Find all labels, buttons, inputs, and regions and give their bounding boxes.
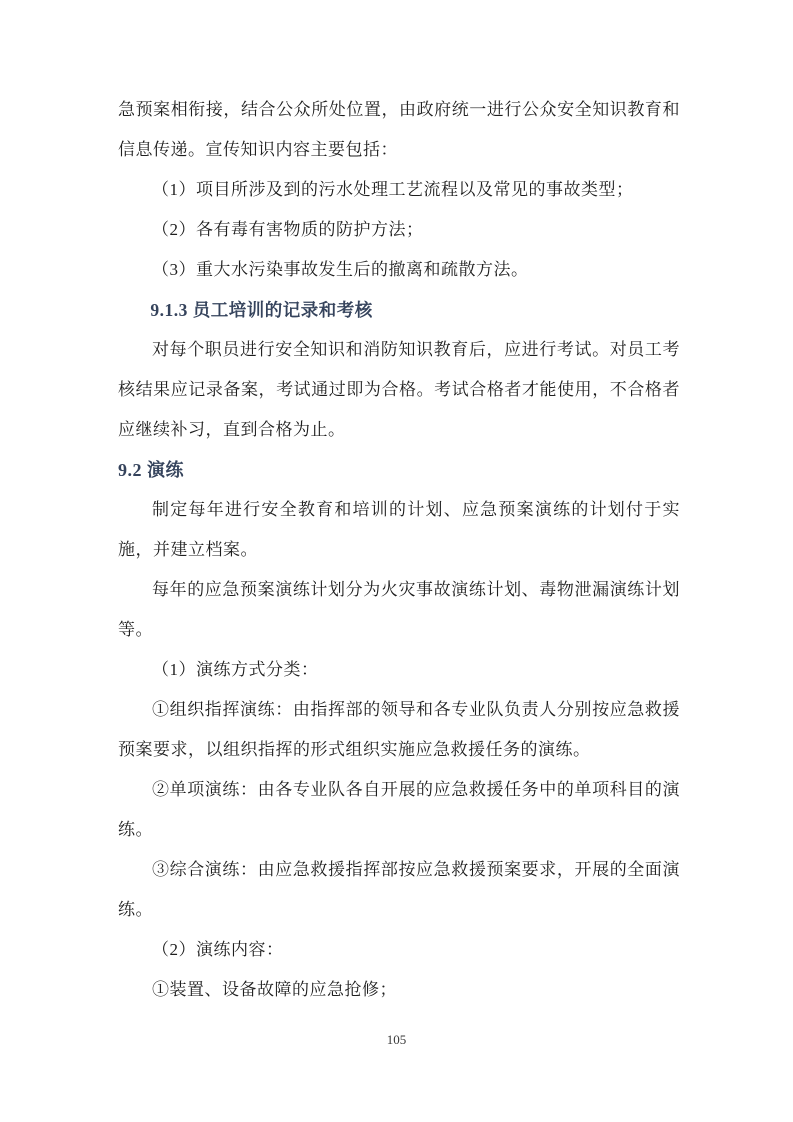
paragraph-drill-plan-types: 每年的应急预案演练计划分为火灾事故演练计划、毒物泄漏演练计划等。	[118, 570, 680, 650]
page-number: 105	[0, 1032, 793, 1048]
document-body: 急预案相衔接，结合公众所处位置，由政府统一进行公众安全知识教育和信息传递。宣传知…	[118, 90, 680, 1010]
heading-9-1-3-training-records: 9.1.3 员工培训的记录和考核	[118, 290, 680, 330]
list-item-circled-2-single-subject-drill: ②单项演练：由各专业队各自开展的应急救援任务中的单项科目的演练。	[118, 770, 680, 850]
paragraph-continuation-public-education: 急预案相衔接，结合公众所处位置，由政府统一进行公众安全知识教育和信息传递。宣传知…	[118, 90, 680, 170]
list-item-1-drill-classification: （1）演练方式分类：	[118, 650, 680, 690]
heading-9-2-drills: 9.2 演练	[118, 450, 680, 490]
document-page: 急预案相衔接，结合公众所处位置，由政府统一进行公众安全知识教育和信息传递。宣传知…	[0, 0, 793, 1122]
list-item-circled-1-command-drill: ①组织指挥演练：由指挥部的领导和各专业队负责人分别按应急救援预案要求，以组织指挥…	[118, 690, 680, 770]
paragraph-exam-requirements: 对每个职员进行安全知识和消防知识教育后，应进行考试。对员工考核结果应记录备案，考…	[118, 330, 680, 450]
list-item-1-process-accident-types: （1）项目所涉及到的污水处理工艺流程以及常见的事故类型；	[118, 170, 680, 210]
list-item-2-protection-methods: （2）各有毒有害物质的防护方法；	[118, 210, 680, 250]
list-item-circled-3-comprehensive-drill: ③综合演练：由应急救援指挥部按应急救援预案要求，开展的全面演练。	[118, 850, 680, 930]
list-item-3-evacuation-methods: （3）重大水污染事故发生后的撤离和疏散方法。	[118, 250, 680, 290]
list-item-circled-1-equipment-repair: ①装置、设备故障的应急抢修；	[118, 970, 680, 1010]
list-item-2-drill-content: （2）演练内容：	[118, 930, 680, 970]
paragraph-annual-plan: 制定每年进行安全教育和培训的计划、应急预案演练的计划付于实施，并建立档案。	[118, 490, 680, 570]
